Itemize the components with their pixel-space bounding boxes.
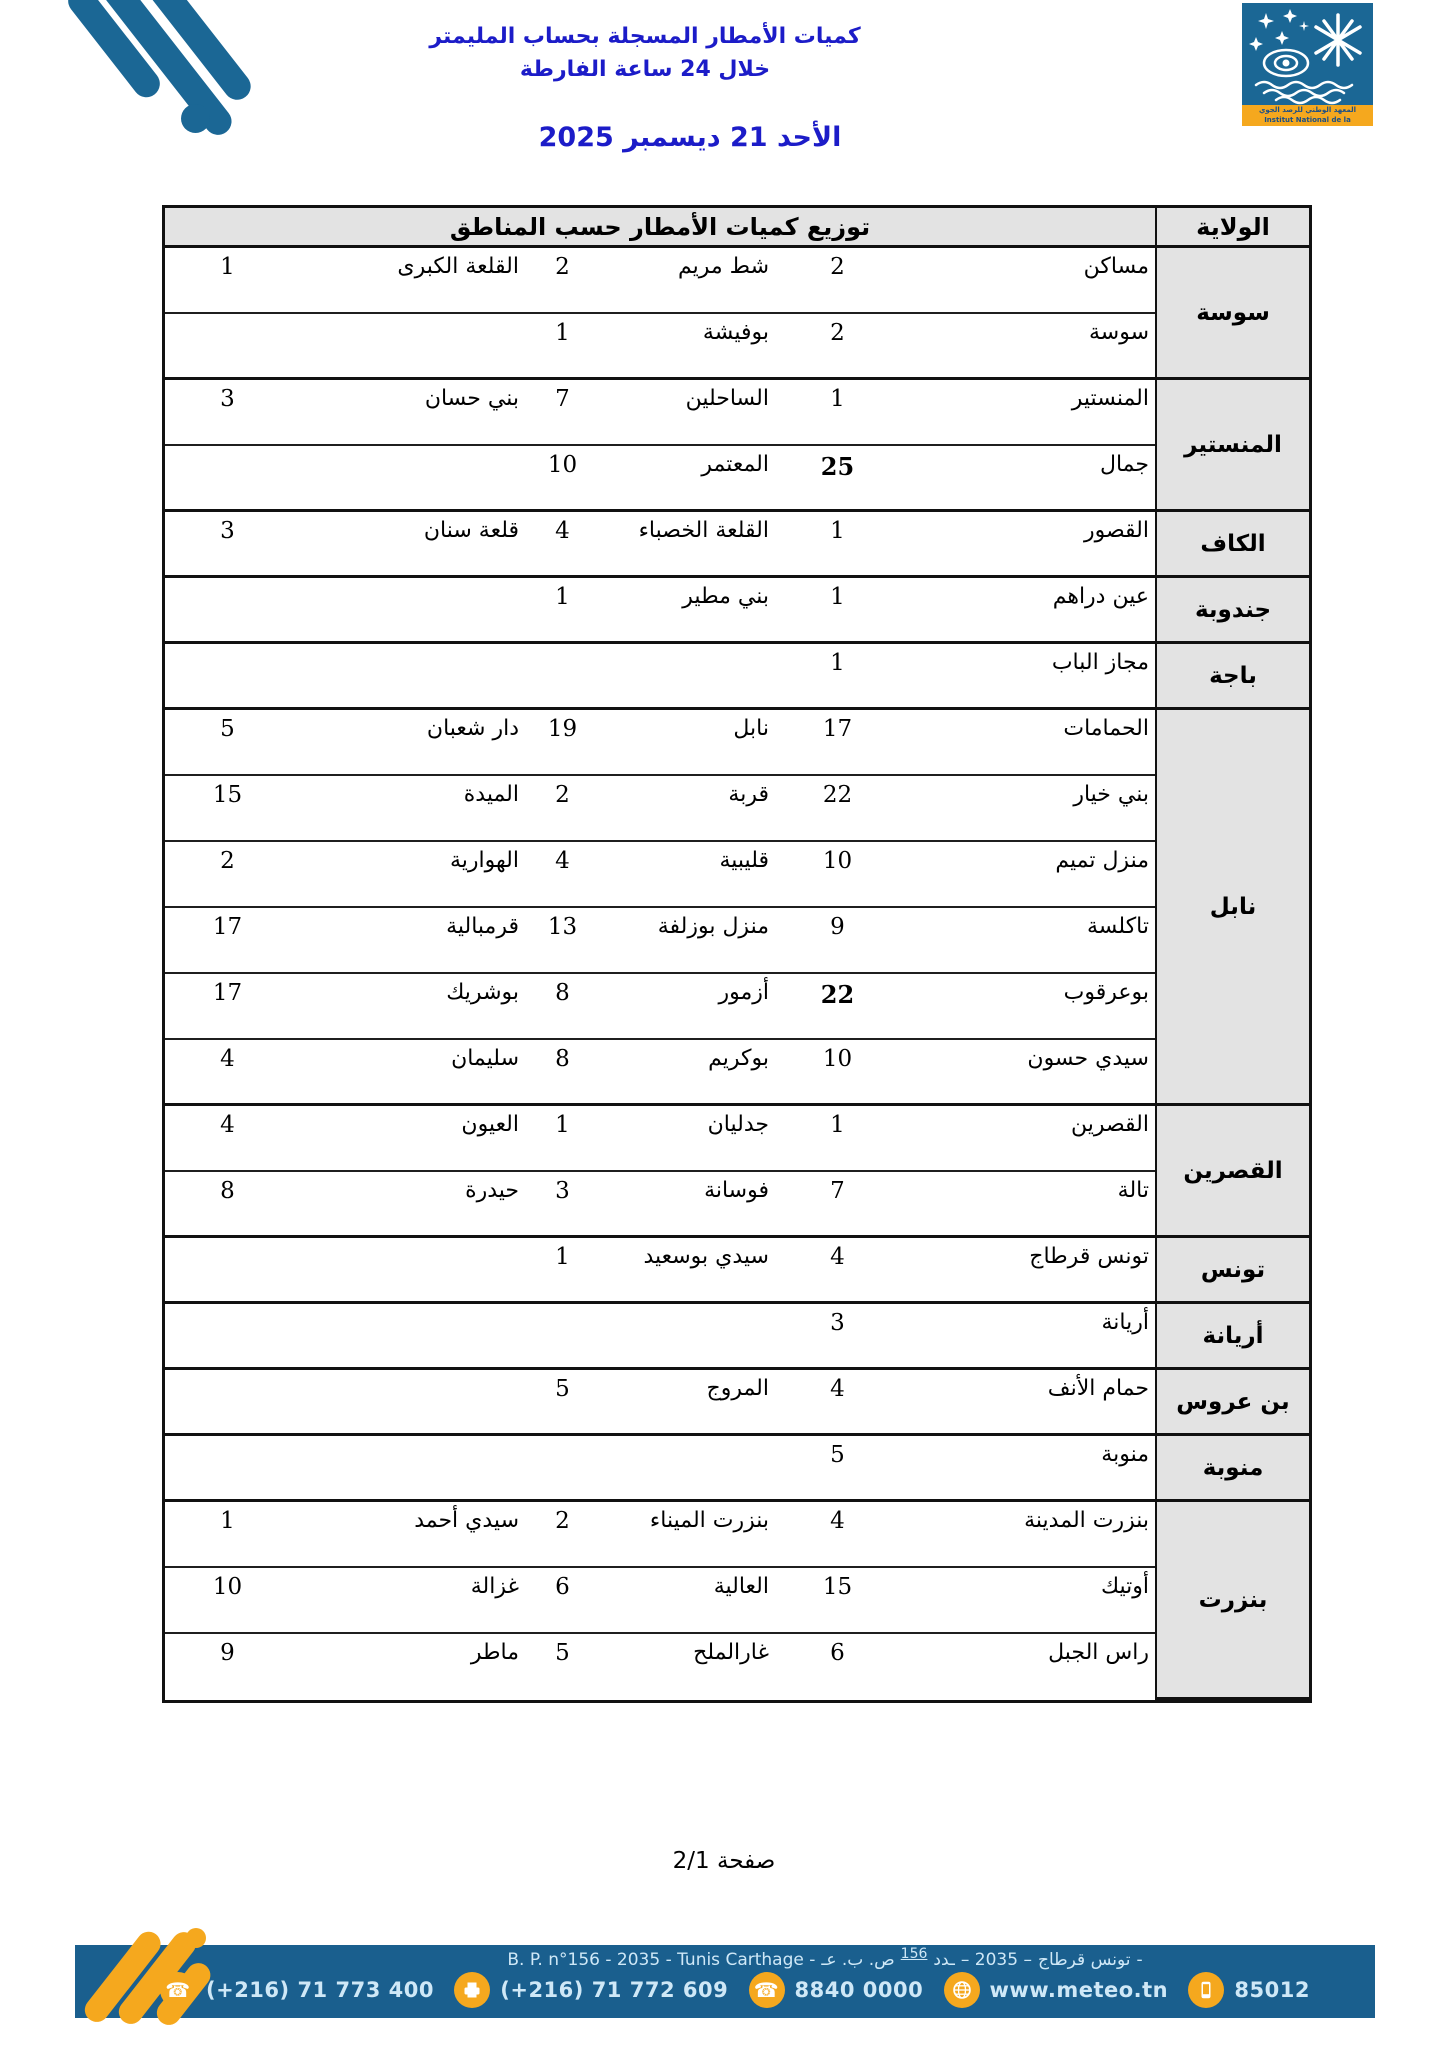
station-name-cell [290,1370,525,1436]
rain-value-cell: 4 [775,1238,900,1304]
rain-value-cell: 6 [525,1568,600,1634]
rain-value-cell: 4 [775,1370,900,1436]
rain-value-cell [165,644,290,710]
station-name-cell: المنستير [900,380,1155,446]
rain-value-cell: 17 [775,710,900,776]
governorate-cell: أريانة [1155,1304,1309,1370]
rain-value-cell: 2 [525,776,600,842]
rain-value-cell [165,314,290,380]
station-name-cell: تالة [900,1172,1155,1238]
rain-value-cell [165,578,290,644]
station-name-cell: فوسانة [600,1172,775,1238]
governorate-cell: باجة [1155,644,1309,710]
station-name-cell: القلعة الكبرى [290,248,525,314]
governorate-cell: القصرين [1155,1106,1309,1238]
station-name-cell: حيدرة [290,1172,525,1238]
stripe-dot-icon [181,104,210,133]
inm-name-ar: المعهد الوطني للرصد الجوي [1242,105,1373,115]
contact-fax: (+216) 71 772 609 [454,1972,728,2008]
rain-value-cell: 4 [775,1502,900,1568]
contact-call-center: ☎ 8840 0000 [749,1972,924,2008]
station-name-cell [290,644,525,710]
address-ar-part: ـدد [933,1950,954,1970]
rain-value-cell: 2 [775,314,900,380]
rain-value-cell: 1 [525,1238,600,1304]
station-name-cell: بني حسان [290,380,525,446]
rain-table: الولاية توزيع كميات الأمطار حسب المناطق … [162,205,1312,1703]
rain-value-cell: 3 [525,1172,600,1238]
station-name-cell: منوبة [900,1436,1155,1502]
governorate-cell: الكاف [1155,512,1309,578]
title-line-2: خلال 24 ساعة الفارطة [360,53,930,86]
station-name-cell: الساحلين [600,380,775,446]
contact-sms: 85012 [1188,1972,1310,2008]
rain-value-cell: 1 [525,314,600,380]
station-name-cell: المعتمر [600,446,775,512]
station-name-cell [290,1238,525,1304]
governorate-cell: بن عروس [1155,1370,1309,1436]
report-title: كميات الأمطار المسجلة بحساب المليمتر خلا… [360,20,930,86]
station-name-cell: تاكلسة [900,908,1155,974]
station-name-cell: شط مريم [600,248,775,314]
col-header-governorate: الولاية [1155,208,1309,248]
rain-value-cell: 3 [775,1304,900,1370]
address-en: B. P. n°156 - 2035 - Tunis Carthage - [507,1950,815,1970]
rain-value-cell: 10 [775,842,900,908]
fax-icon [454,1972,490,2008]
governorate-cell: سوسة [1155,248,1309,380]
rain-value-cell: 1 [775,512,900,578]
station-name-cell: القصرين [900,1106,1155,1172]
rain-value-cell: 2 [165,842,290,908]
station-name-cell [290,446,525,512]
rain-value-cell: 5 [775,1436,900,1502]
contact-label: 85012 [1234,1978,1310,2002]
station-name-cell: نابل [600,710,775,776]
inm-name-band: المعهد الوطني للرصد الجوي Institut Natio… [1242,105,1373,126]
contact-label: (+216) 71 772 609 [500,1978,728,2002]
station-name-cell [290,314,525,380]
rain-value-cell [165,1304,290,1370]
rain-value-cell: 2 [525,1502,600,1568]
rain-value-cell: 10 [775,1040,900,1106]
station-name-cell: دار شعبان [290,710,525,776]
rain-value-cell: 22 [775,776,900,842]
station-name-cell: منزل تميم [900,842,1155,908]
col-header-regions: توزيع كميات الأمطار حسب المناطق [165,208,1155,248]
address-ar-part: ص. ب. عـ [821,1950,894,1970]
station-name-cell: جمال [900,446,1155,512]
governorate-cell: تونس [1155,1238,1309,1304]
station-name-cell: غزالة [290,1568,525,1634]
station-name-cell: بوعرقوب [900,974,1155,1040]
rain-value-cell: 7 [775,1172,900,1238]
station-name-cell: بني خيار [900,776,1155,842]
rain-value-cell: 25 [775,446,900,512]
rain-value-cell: 5 [165,710,290,776]
rain-value-cell: 8 [525,974,600,1040]
address-postal-code: – 2035 – [961,1950,1032,1970]
rain-value-cell: 22 [775,974,900,1040]
contact-label: 8840 0000 [795,1978,924,2002]
rain-value-cell [525,1304,600,1370]
station-name-cell: بنزرت المدينة [900,1502,1155,1568]
station-name-cell: أوتيك [900,1568,1155,1634]
station-name-cell: بوكريم [600,1040,775,1106]
station-name-cell [600,644,775,710]
globe-icon [944,1972,980,2008]
rain-value-cell: 1 [775,1106,900,1172]
contact-label: www.meteo.tn [990,1978,1169,2002]
rain-value-cell: 15 [165,776,290,842]
rain-value-cell: 17 [165,908,290,974]
rain-value-cell: 10 [525,446,600,512]
station-name-cell [290,1436,525,1502]
address-box-number: 156 [901,1946,928,1962]
rain-value-cell: 3 [165,380,290,446]
inm-name-fr: Institut National de la Météorologie [1242,115,1373,126]
station-name-cell: قلعة سنان [290,512,525,578]
rain-value-cell: 17 [165,974,290,1040]
station-name-cell: جدليان [600,1106,775,1172]
rain-value-cell: 13 [525,908,600,974]
station-name-cell [600,1304,775,1370]
rain-value-cell: 5 [525,1634,600,1700]
rain-value-cell: 1 [165,248,290,314]
rain-value-cell: 6 [775,1634,900,1700]
inm-emblem-icon [1242,3,1373,105]
contact-website: www.meteo.tn [944,1972,1169,2008]
rain-value-cell [165,1436,290,1502]
rain-value-cell: 1 [165,1502,290,1568]
station-name-cell: سيدي حسون [900,1040,1155,1106]
rain-value-cell: 5 [525,1370,600,1436]
station-name-cell: قربة [600,776,775,842]
station-name-cell: سيدي بوسعيد [600,1238,775,1304]
station-name-cell: بوشريك [290,974,525,1040]
station-name-cell: عين دراهم [900,578,1155,644]
station-name-cell: مجاز الباب [900,644,1155,710]
footer-stripe-dot-icon [186,1928,206,1948]
station-name-cell: راس الجبل [900,1634,1155,1700]
rain-value-cell: 9 [165,1634,290,1700]
station-name-cell: القصور [900,512,1155,578]
station-name-cell: قرمبالية [290,908,525,974]
rain-value-cell: 1 [775,578,900,644]
station-name-cell: سليمان [290,1040,525,1106]
rain-value-cell: 4 [165,1040,290,1106]
rain-value-cell: 8 [525,1040,600,1106]
rain-value-cell: 19 [525,710,600,776]
footer-address: B. P. n°156 - 2035 - Tunis Carthage - ص.… [330,1950,1320,1970]
station-name-cell: بوفيشة [600,314,775,380]
station-name-cell: سوسة [900,314,1155,380]
sms-icon [1188,1972,1224,2008]
governorate-cell: منوبة [1155,1436,1309,1502]
station-name-cell [290,1304,525,1370]
station-name-cell [600,1436,775,1502]
station-name-cell: العالية [600,1568,775,1634]
governorate-cell: بنزرت [1155,1502,1309,1700]
page-number: صفحة 2/1 [574,1848,874,1874]
call-center-icon: ☎ [749,1972,785,2008]
station-name-cell: بنزرت الميناء [600,1502,775,1568]
address-dash: - [1136,1950,1142,1970]
station-name-cell: ماطر [290,1634,525,1700]
contact-phone: ☎ (+216) 71 773 400 [160,1972,434,2008]
station-name-cell: الحمامات [900,710,1155,776]
rain-value-cell: 3 [165,512,290,578]
station-name-cell: سيدي أحمد [290,1502,525,1568]
rain-value-cell: 15 [775,1568,900,1634]
rain-value-cell: 7 [525,380,600,446]
governorate-cell: جندوبة [1155,578,1309,644]
station-name-cell: الهوارية [290,842,525,908]
station-name-cell: الميدة [290,776,525,842]
governorate-cell: المنستير [1155,380,1309,512]
rain-value-cell: 1 [525,1106,600,1172]
station-name-cell: قليبية [600,842,775,908]
rain-value-cell: 1 [525,578,600,644]
station-name-cell: أريانة [900,1304,1155,1370]
rain-value-cell: 4 [525,842,600,908]
inm-logo: المعهد الوطني للرصد الجوي Institut Natio… [1242,3,1373,126]
rain-value-cell [525,644,600,710]
rain-value-cell: 9 [775,908,900,974]
station-name-cell: بني مطير [600,578,775,644]
station-name-cell: غارالملح [600,1634,775,1700]
rain-value-cell: 2 [775,248,900,314]
rain-value-cell: 10 [165,1568,290,1634]
rain-value-cell [165,1370,290,1436]
rain-value-cell [165,446,290,512]
rain-value-cell [165,1238,290,1304]
station-name-cell: تونس قرطاج [900,1238,1155,1304]
document-page: كميات الأمطار المسجلة بحساب المليمتر خلا… [0,0,1448,2048]
title-line-1: كميات الأمطار المسجلة بحساب المليمتر [360,20,930,53]
phone-icon: ☎ [160,1972,196,2008]
contact-label: (+216) 71 773 400 [206,1978,434,2002]
station-name-cell: حمام الأنف [900,1370,1155,1436]
station-name-cell: أزمور [600,974,775,1040]
rain-value-cell: 2 [525,248,600,314]
rain-value-cell: 1 [775,644,900,710]
station-name-cell: مساكن [900,248,1155,314]
rain-value-cell: 8 [165,1172,290,1238]
rain-value-cell: 4 [525,512,600,578]
station-name-cell: القلعة الخصباء [600,512,775,578]
report-date: الأحد 21 ديسمبر 2025 [430,122,950,153]
station-name-cell [290,578,525,644]
address-ar-part: تونس قرطاج [1038,1950,1131,1970]
footer-contacts: ☎ (+216) 71 773 400 (+216) 71 772 609 ☎ … [160,1972,1310,2008]
rain-value-cell: 1 [775,380,900,446]
governorate-cell: نابل [1155,710,1309,1106]
rain-value-cell [525,1436,600,1502]
station-name-cell: المروج [600,1370,775,1436]
station-name-cell: العيون [290,1106,525,1172]
station-name-cell: منزل بوزلفة [600,908,775,974]
rain-value-cell: 4 [165,1106,290,1172]
